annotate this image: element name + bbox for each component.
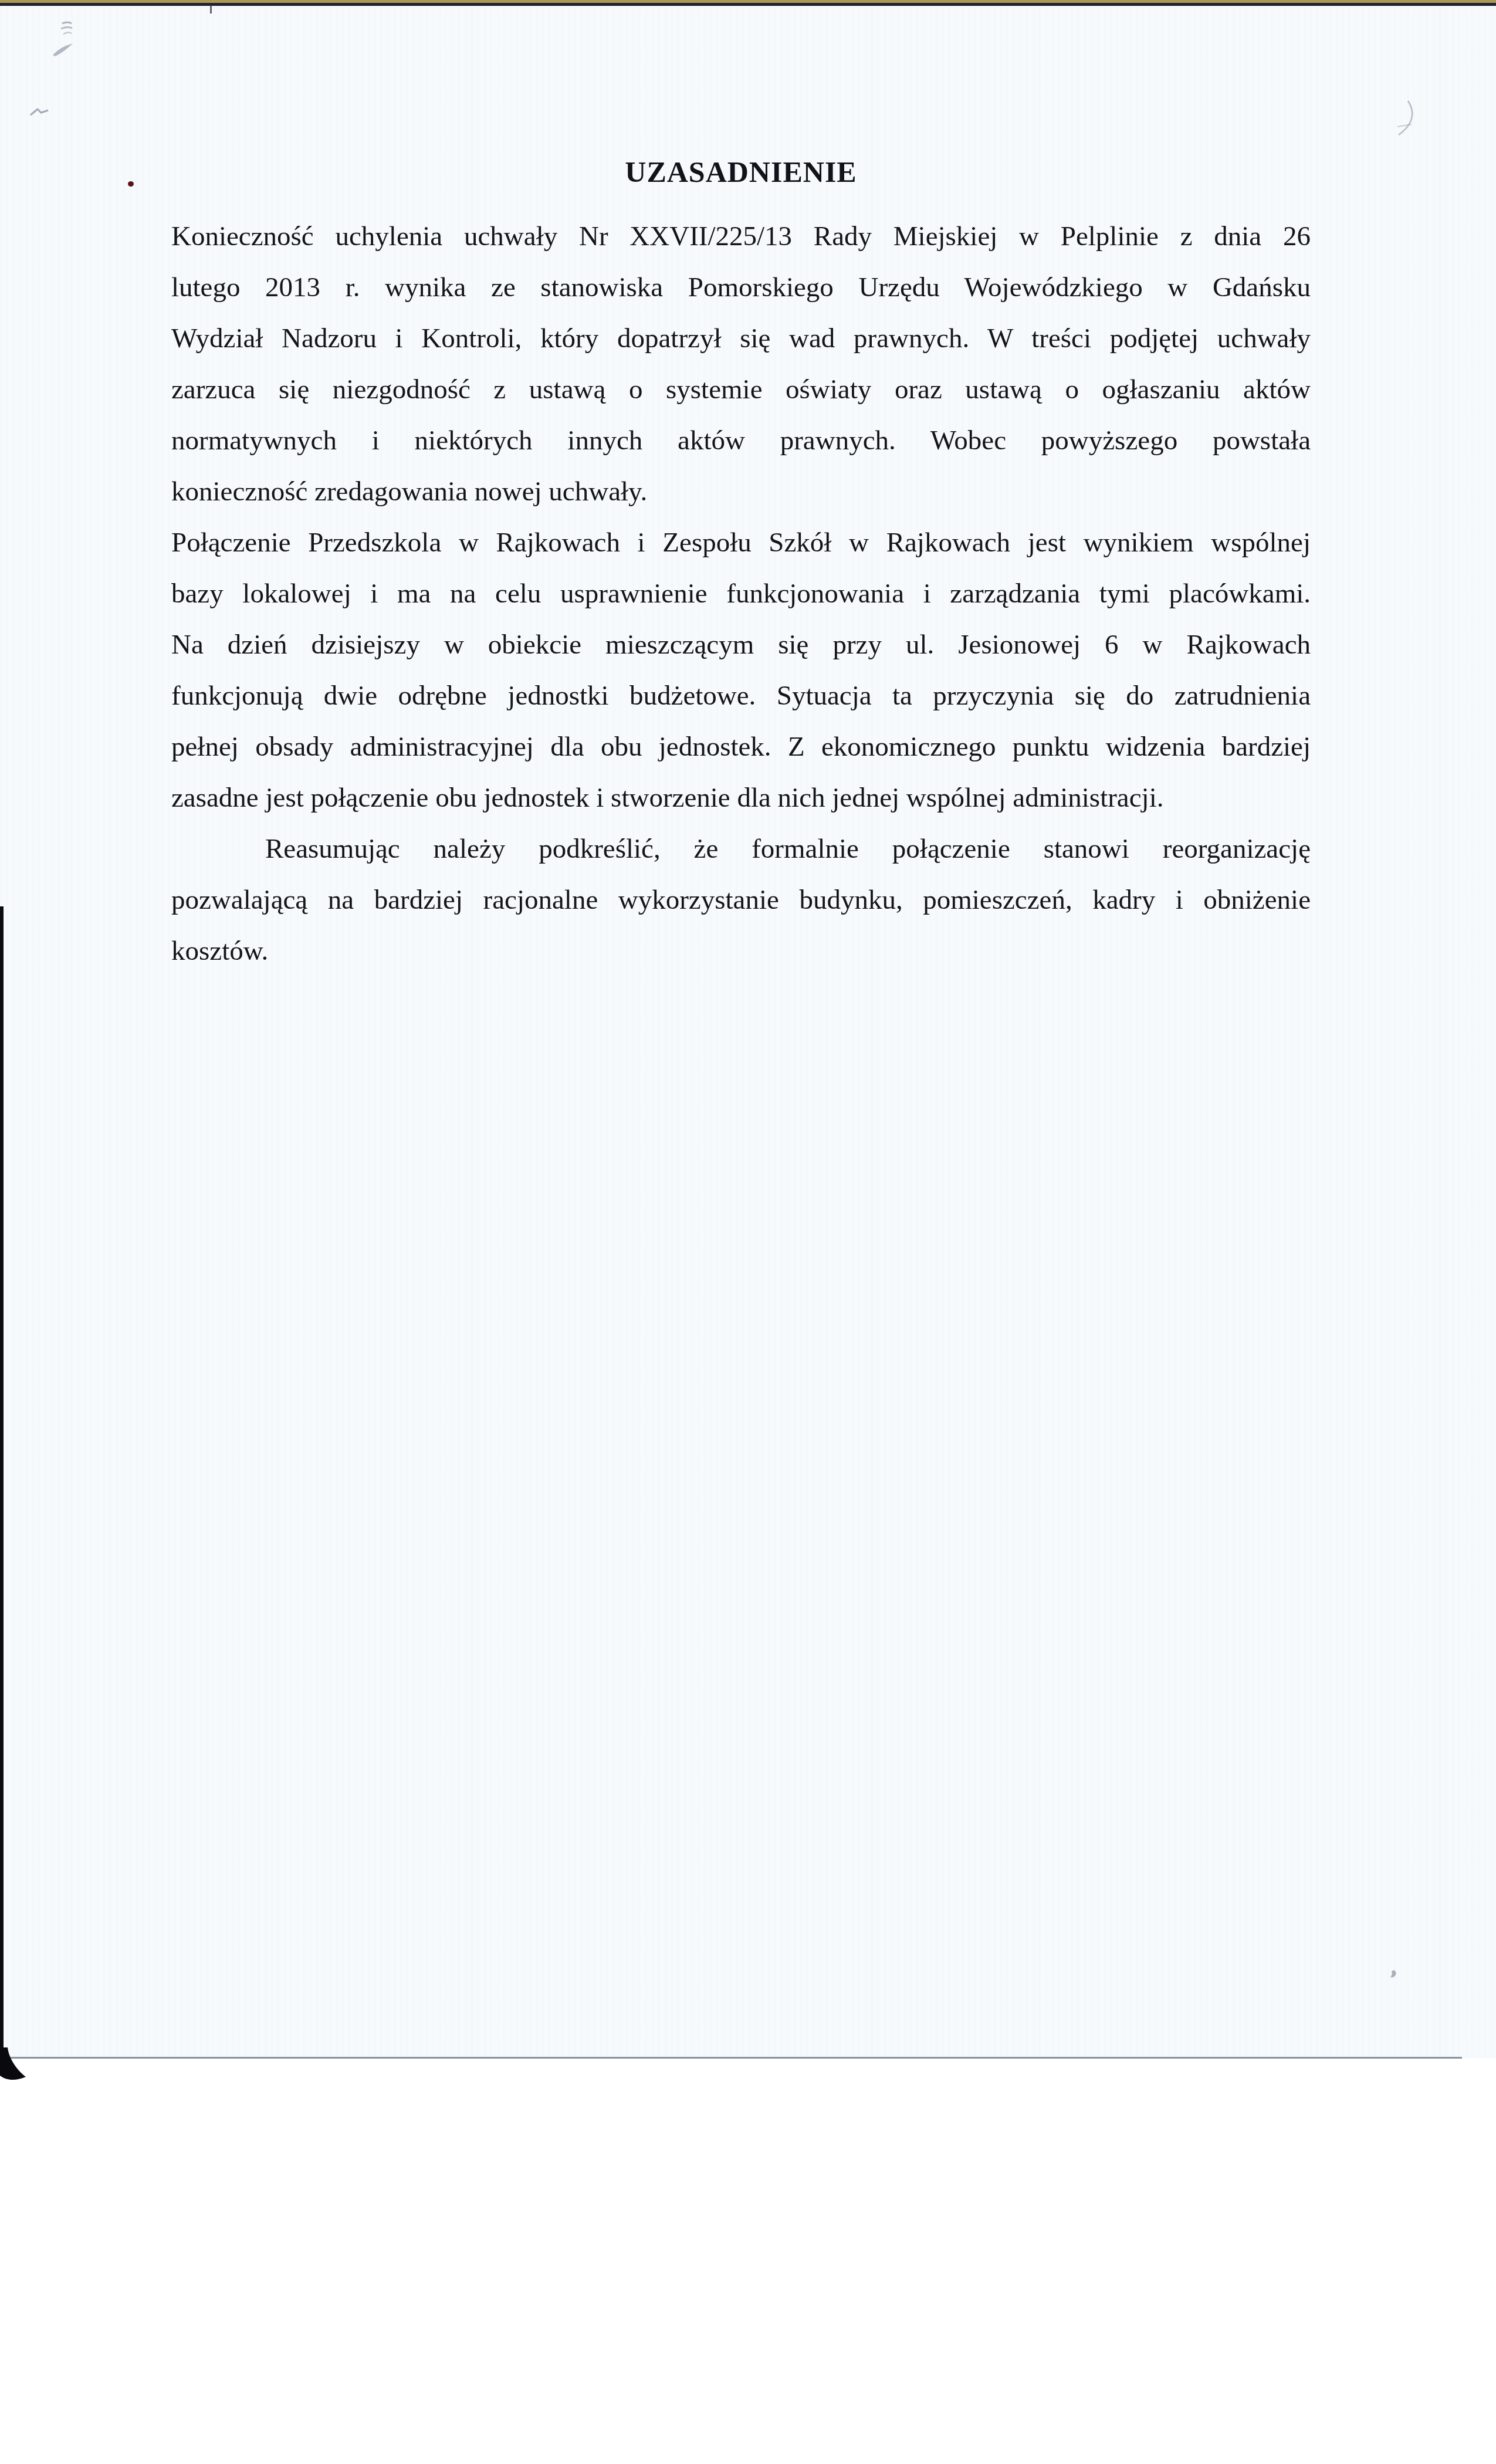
text-line: zarzuca się niezgodność z ustawą o syste… (171, 364, 1311, 415)
document-title: UZASADNIENIE (171, 155, 1311, 189)
text-line: bazy lokalowej i ma na celu usprawnienie… (171, 568, 1311, 620)
left-edge-shadow-strip (0, 906, 4, 2055)
text-line: funkcjonują dwie odrębne jednostki budże… (171, 671, 1311, 722)
red-ink-dot (128, 181, 134, 187)
text-line: pełnej obsady administracyjnej dla obu j… (171, 722, 1311, 773)
pencil-squiggle-mark (54, 20, 83, 41)
text-line: Reasumując należy podkreślić, że formaln… (171, 824, 1311, 875)
text-line: normatywnych i niektórych innych aktów p… (171, 415, 1311, 466)
page-bottom-edge (5, 2057, 1462, 2059)
text-line: zasadne jest połączenie obu jednostek i … (171, 773, 1311, 824)
pencil-comma-mark (1383, 1967, 1401, 1984)
document-body: Konieczność uchylenia uchwały Nr XXVII/2… (171, 211, 1311, 977)
text-line: Połączenie Przedszkola w Rajkowach i Zes… (171, 517, 1311, 568)
text-line: Konieczność uchylenia uchwały Nr XXVII/2… (171, 211, 1311, 262)
text-line: konieczność zredagowania nowej uchwały. (171, 466, 1311, 517)
pencil-smudge-mark (49, 39, 77, 60)
text-line: kosztów. (171, 926, 1311, 977)
text-line: Wydział Nadzoru i Kontroli, który dopatr… (171, 313, 1311, 364)
pencil-check-mark (28, 104, 52, 120)
scanner-top-edge (0, 0, 1496, 6)
page-corner-wedge (0, 2047, 35, 2089)
text-line: lutego 2013 r. wynika ze stanowiska Pomo… (171, 262, 1311, 313)
text-line: pozwalającą na bardziej racjonalne wykor… (171, 875, 1311, 926)
pencil-curve-mark (1390, 99, 1426, 140)
text-line: Na dzień dzisiejszy w obiekcie mieszcząc… (171, 620, 1311, 671)
top-edge-tick-artifact (210, 5, 212, 13)
scanned-page: UZASADNIENIE Konieczność uchylenia uchwa… (0, 0, 1496, 2464)
